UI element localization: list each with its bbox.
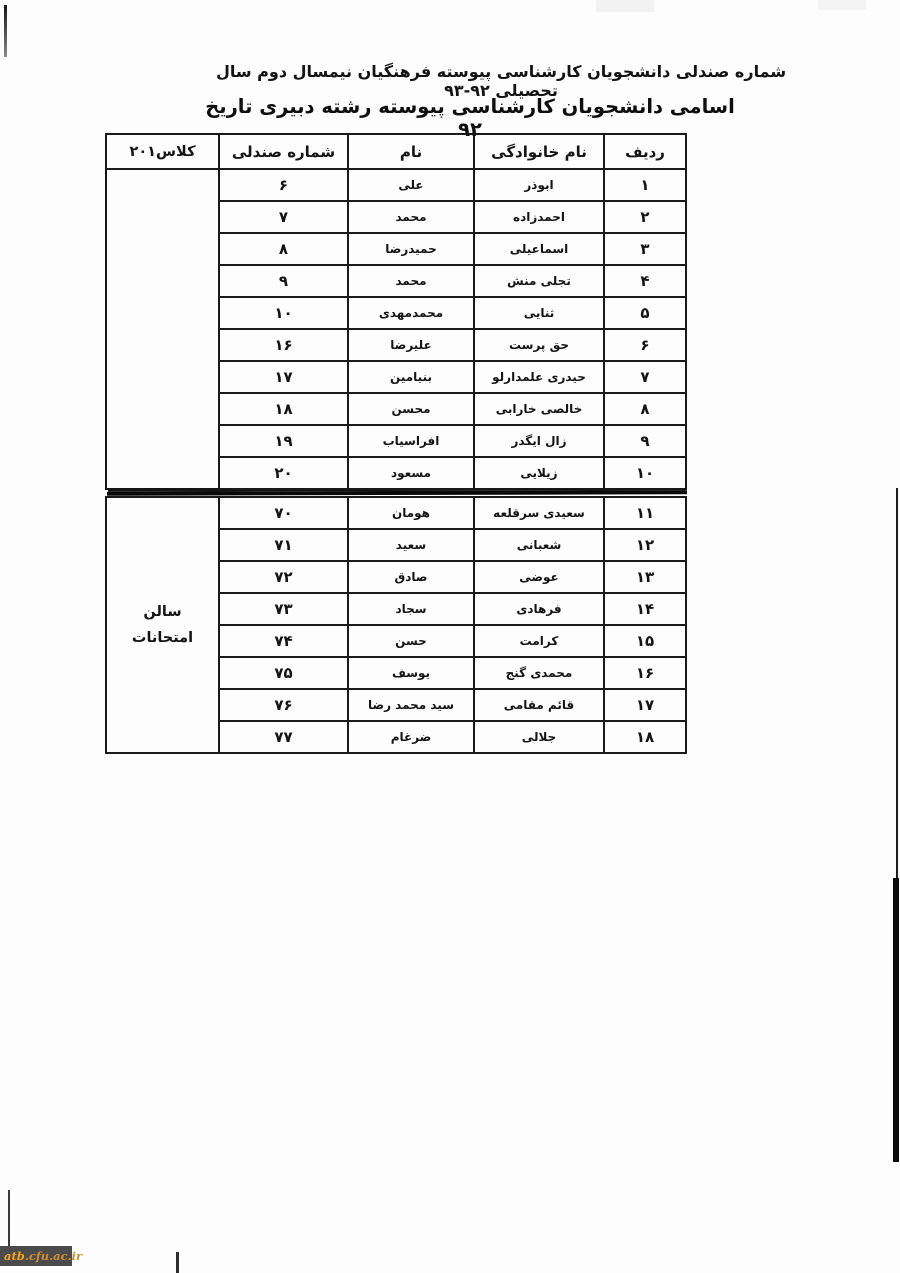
- cell-seat-number: ۷: [219, 201, 348, 233]
- cell-radif: ۲: [604, 201, 686, 233]
- cell-family-name: فرهادی: [474, 593, 604, 625]
- cell-family-name: اسماعیلی: [474, 233, 604, 265]
- cell-first-name: سجاد: [348, 593, 474, 625]
- table-row: ۱۰زیلاییمسعود۲۰: [106, 457, 686, 489]
- cell-radif: ۱۲: [604, 529, 686, 561]
- cell-first-name: سعید: [348, 529, 474, 561]
- cell-family-name: جلالی: [474, 721, 604, 753]
- cell-seat-number: ۷۵: [219, 657, 348, 689]
- cell-seat-number: ۷۲: [219, 561, 348, 593]
- cell-seat-number: ۶: [219, 169, 348, 201]
- table-row: ۶حق پرستعلیرضا۱۶: [106, 329, 686, 361]
- col-header-radif: ردیف: [604, 134, 686, 169]
- scan-artifact-bottom-mark: [176, 1252, 179, 1273]
- cell-family-name: محمدی گنج: [474, 657, 604, 689]
- cell-first-name: محسن: [348, 393, 474, 425]
- cell-family-name: عوضی: [474, 561, 604, 593]
- cell-first-name: افراسیاب: [348, 425, 474, 457]
- seating-table-section-exam-hall: ۱۱سعیدی سرقلعههومان۷۰سالنامتحانات۱۲شعبان…: [105, 496, 687, 754]
- cell-family-name: زال ایگدر: [474, 425, 604, 457]
- group-label-line: سالن: [107, 599, 218, 625]
- cell-seat-number: ۷۴: [219, 625, 348, 657]
- cell-seat-number: ۱۹: [219, 425, 348, 457]
- cell-seat-number: ۱۸: [219, 393, 348, 425]
- cell-family-name: کرامت: [474, 625, 604, 657]
- watermark-prefix: atb: [4, 1249, 25, 1263]
- cell-first-name: علی: [348, 169, 474, 201]
- cell-radif: ۳: [604, 233, 686, 265]
- cell-radif: ۱۳: [604, 561, 686, 593]
- table-row: ۵ثناییمحمدمهدی۱۰: [106, 297, 686, 329]
- cell-first-name: صادق: [348, 561, 474, 593]
- col-header-seat: شماره صندلی: [219, 134, 348, 169]
- group-label-line: امتحانات: [107, 625, 218, 651]
- scan-artifact-top-left: [4, 5, 7, 57]
- watermark-suffix: .cfu.ac.ir: [25, 1249, 82, 1263]
- cell-first-name: مسعود: [348, 457, 474, 489]
- cell-radif: ۱۷: [604, 689, 686, 721]
- table-row: ۲احمدزادهمحمد۷: [106, 201, 686, 233]
- cell-radif: ۵: [604, 297, 686, 329]
- cell-first-name: هومان: [348, 497, 474, 529]
- table-row: ۴تجلی منشمحمد۹: [106, 265, 686, 297]
- scan-artifact-right-bar: [893, 878, 899, 1162]
- cell-seat-number: ۷۶: [219, 689, 348, 721]
- document-page: شماره صندلی دانشجویان کارشناسی پیوسته فر…: [0, 0, 900, 1273]
- scan-artifact-right-line: [896, 488, 898, 880]
- cell-first-name: حمیدرضا: [348, 233, 474, 265]
- table-row: ۱۱سعیدی سرقلعههومان۷۰سالنامتحانات: [106, 497, 686, 529]
- cell-family-name: ابوذر: [474, 169, 604, 201]
- cell-family-name: سعیدی سرقلعه: [474, 497, 604, 529]
- table-row: ۳اسماعیلیحمیدرضا۸: [106, 233, 686, 265]
- cell-seat-number: ۷۰: [219, 497, 348, 529]
- cell-family-name: حق پرست: [474, 329, 604, 361]
- cell-first-name: ضرغام: [348, 721, 474, 753]
- cell-radif: ۷: [604, 361, 686, 393]
- cell-seat-number: ۷۳: [219, 593, 348, 625]
- cell-first-name: محمدمهدی: [348, 297, 474, 329]
- cell-family-name: حیدری علمدارلو: [474, 361, 604, 393]
- scan-artifact-bottom-left-line: [8, 1190, 10, 1248]
- cell-radif: ۶: [604, 329, 686, 361]
- section-separator: [107, 490, 687, 496]
- cell-seat-number: ۲۰: [219, 457, 348, 489]
- table-row: ۱ابوذرعلی۶: [106, 169, 686, 201]
- cell-family-name: قائم مقامی: [474, 689, 604, 721]
- table-header-row: ردیف نام خانوادگی نام شماره صندلی کلاس۲۰…: [106, 134, 686, 169]
- cell-family-name: ثنایی: [474, 297, 604, 329]
- cell-radif: ۴: [604, 265, 686, 297]
- cell-family-name: خالصی خارابی: [474, 393, 604, 425]
- watermark-strip: atb.cfu.ac.ir: [0, 1246, 72, 1266]
- seating-table: ردیف نام خانوادگی نام شماره صندلی کلاس۲۰…: [107, 133, 687, 754]
- cell-radif: ۱۴: [604, 593, 686, 625]
- group-cell-class-201: کلاس۲۰۱: [106, 134, 219, 169]
- cell-radif: ۱۰: [604, 457, 686, 489]
- cell-family-name: زیلایی: [474, 457, 604, 489]
- cell-seat-number: ۱۶: [219, 329, 348, 361]
- cell-family-name: احمدزاده: [474, 201, 604, 233]
- seating-table-section-class201: ردیف نام خانوادگی نام شماره صندلی کلاس۲۰…: [105, 133, 687, 490]
- cell-seat-number: ۹: [219, 265, 348, 297]
- cell-seat-number: ۷۷: [219, 721, 348, 753]
- cell-seat-number: ۱۷: [219, 361, 348, 393]
- cell-radif: ۸: [604, 393, 686, 425]
- table-row: ۹زال ایگدرافراسیاب۱۹: [106, 425, 686, 457]
- table-row: ۷حیدری علمدارلوبنیامین۱۷: [106, 361, 686, 393]
- scan-artifact-smudge: [596, 0, 654, 12]
- table-row: ۸خالصی خارابیمحسن۱۸: [106, 393, 686, 425]
- cell-family-name: شعبانی: [474, 529, 604, 561]
- cell-first-name: حسن: [348, 625, 474, 657]
- cell-radif: ۱۵: [604, 625, 686, 657]
- cell-radif: ۱۸: [604, 721, 686, 753]
- col-header-family: نام خانوادگی: [474, 134, 604, 169]
- cell-first-name: بنیامین: [348, 361, 474, 393]
- cell-radif: ۹: [604, 425, 686, 457]
- cell-family-name: تجلی منش: [474, 265, 604, 297]
- cell-first-name: یوسف: [348, 657, 474, 689]
- cell-seat-number: ۸: [219, 233, 348, 265]
- cell-first-name: سید محمد رضا: [348, 689, 474, 721]
- group-cell-exam-hall: سالنامتحانات: [106, 497, 219, 753]
- cell-first-name: علیرضا: [348, 329, 474, 361]
- cell-first-name: محمد: [348, 265, 474, 297]
- cell-seat-number: ۱۰: [219, 297, 348, 329]
- cell-radif: ۱: [604, 169, 686, 201]
- cell-first-name: محمد: [348, 201, 474, 233]
- col-header-name: نام: [348, 134, 474, 169]
- cell-seat-number: ۷۱: [219, 529, 348, 561]
- scan-artifact-smudge: [818, 0, 866, 10]
- cell-radif: ۱۶: [604, 657, 686, 689]
- cell-radif: ۱۱: [604, 497, 686, 529]
